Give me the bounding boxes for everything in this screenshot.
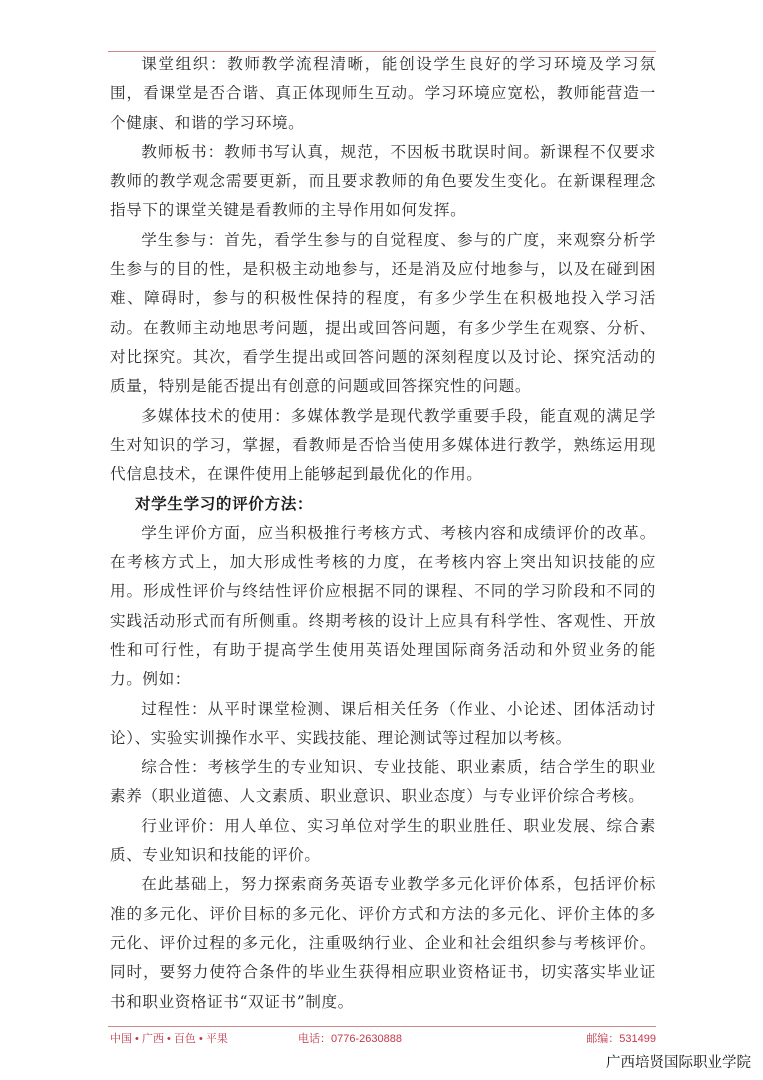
paragraph-industry-evaluation: 行业评价：用人单位、实习单位对学生的职业胜任、职业发展、综合素质、专业知识和技能… [110, 812, 656, 871]
paragraph-classroom-organization: 课堂组织：教师教学流程清晰，能创设学生良好的学习环境及学习氛围，看课堂是否合谐、… [110, 50, 656, 138]
footer-location: 中国 • 广西 • 百色 • 平果 [110, 1030, 228, 1046]
paragraph-comprehensive-assessment: 综合性：考核学生的专业知识、专业技能、职业素质，结合学生的职业素养（职业道德、人… [110, 753, 656, 812]
institute-name: 广西培贤国际职业学院 [606, 1051, 751, 1072]
paragraph-multimedia-use: 多媒体技术的使用：多媒体教学是现代教学重要手段，能直观的满足学生对知识的学习，掌… [110, 402, 656, 490]
paragraph-blackboard-writing: 教师板书：教师书写认真，规范，不因板书耽误时间。新课程不仅要求教师的教学观念需要… [110, 138, 656, 226]
paragraph-student-evaluation: 学生评价方面，应当积极推行考核方式、考核内容和成绩评价的改革。在考核方式上，加大… [110, 519, 656, 695]
footer-phone: 电话：0776-2630888 [298, 1030, 402, 1046]
document-body: 课堂组织：教师教学流程清晰，能创设学生良好的学习环境及学习氛围，看课堂是否合谐、… [110, 50, 656, 1017]
page-footer: 中国 • 广西 • 百色 • 平果 电话：0776-2630888 邮编：531… [108, 1030, 656, 1048]
paragraph-diversified-evaluation: 在此基础上，努力探索商务英语专业教学多元化评价体系，包括评价标准的多元化、评价目… [110, 870, 656, 1016]
section-heading-evaluation-methods: 对学生学习的评价方法： [110, 489, 656, 518]
paragraph-student-participation: 学生参与：首先，看学生参与的自觉程度、参与的广度，来观察分析学生参与的目的性，是… [110, 226, 656, 402]
paragraph-process-assessment: 过程性：从平时课堂检测、课后相关任务（作业、小论述、团体活动讨论）、实验实训操作… [110, 695, 656, 754]
footer-postcode: 邮编：531499 [586, 1030, 656, 1046]
footer-rule [108, 1026, 656, 1027]
